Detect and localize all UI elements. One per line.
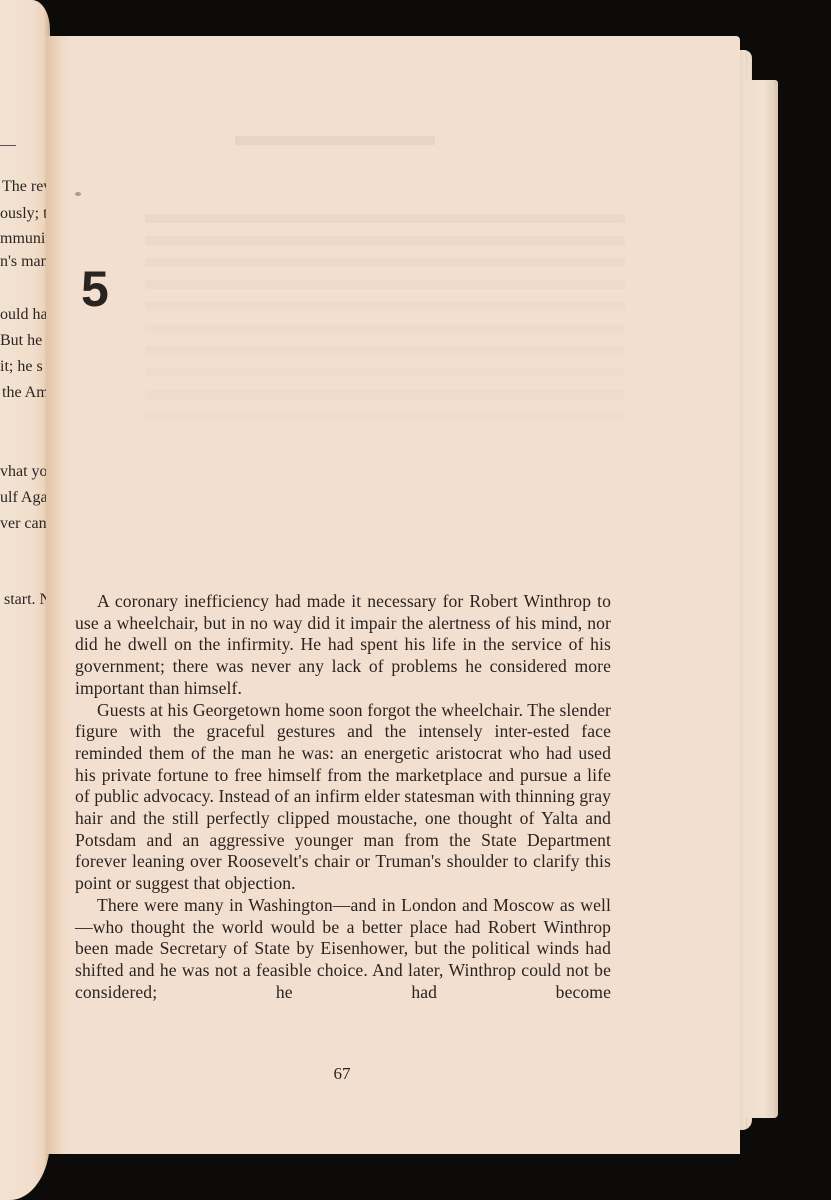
show-through-text (145, 280, 625, 289)
left-page-fragment: n's man (0, 253, 49, 271)
left-facing-page: The revolously; thmmunitin's manould hav… (0, 0, 50, 1200)
show-through-text (235, 136, 435, 145)
left-page-fragment: ver can g (0, 515, 50, 533)
left-page-fragment: But he kn (0, 332, 50, 350)
chapter-body: A coronary inefficiency had made it nece… (75, 591, 611, 1003)
paper-speck (75, 192, 81, 196)
left-page-fragment: ously; th (0, 205, 50, 223)
left-page-fragment: The revol (2, 178, 50, 196)
left-page-fragment: mmuniti (0, 230, 50, 248)
left-page-fragment: ould hav (0, 306, 50, 324)
left-page-fragment: it; he s (0, 358, 43, 376)
show-through-text (145, 258, 625, 267)
show-through-text (145, 390, 625, 399)
paragraph: A coronary inefficiency had made it nece… (75, 591, 611, 700)
show-through-text (145, 346, 625, 355)
show-through-text (145, 236, 625, 245)
paragraph: Guests at his Georgetown home soon forgo… (75, 700, 611, 895)
gutter-shadow (46, 36, 70, 1154)
show-through-text (145, 302, 625, 311)
paragraph: There were many in Washington—and in Lon… (75, 895, 611, 1004)
show-through-text (145, 214, 625, 223)
show-through-text (145, 412, 625, 421)
back-cover-board (745, 80, 778, 1118)
left-page-fragment: the Ame (2, 384, 50, 402)
show-through-text (145, 368, 625, 377)
show-through-text (145, 324, 625, 333)
section-rule (0, 145, 16, 146)
chapter-number: 5 (81, 262, 109, 316)
left-page-fragment: ulf Agai (0, 489, 50, 507)
page-number: 67 (320, 1064, 364, 1084)
left-page-fragment: vhat you (0, 463, 50, 481)
